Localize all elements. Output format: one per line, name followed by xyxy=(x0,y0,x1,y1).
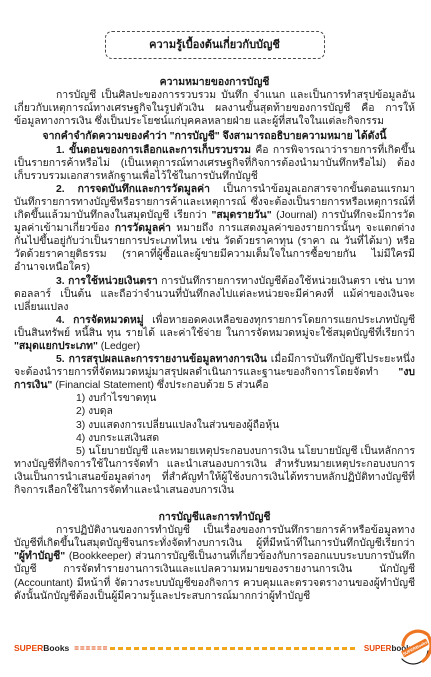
definition-item-3: 3. การใช้หน่วยเงินตรา การบันทึกรายการทาง… xyxy=(14,275,415,314)
section-heading-accounting-vs-bookkeeping: การบัญชีและการทำบัญชี xyxy=(14,511,415,524)
footer-red-dashes: ====== xyxy=(74,642,108,655)
intro-paragraph: การบัญชี เป็นศิลปะของการรวบรวม บันทึก จำ… xyxy=(14,89,415,128)
footer-dashed-line xyxy=(110,647,358,650)
accounting-vs-bookkeeping-paragraph: การปฏิบัติงานของการทำบัญชี เป็นเรื่องของ… xyxy=(14,524,415,603)
definition-item-2: 2. การจดบันทึกและการวัดมูลค่า เป็นการนำข… xyxy=(14,183,415,275)
section-subheading-definition: จากคำจำกัดความของคำว่า "การบัญชี" จึงสาม… xyxy=(14,130,415,143)
footer-brand-left: SUPERBooks xyxy=(14,642,69,655)
definition-item-4: 4. การจัดหมวดหมู่ เพื่อหายอดคงเหลือของทุ… xyxy=(14,314,415,353)
financial-statement-part-5-note: 5) นโยบายบัญชี และหมายเหตุประกอบงบการเงิ… xyxy=(14,445,415,497)
financial-statement-part-2: 2) งบดุล xyxy=(14,405,415,418)
footer-brand-left-super: SUPER xyxy=(14,643,43,653)
footer-brand-right-super: SUPER xyxy=(364,644,392,653)
definition-item-5: 5. การสรุปผลและการรายงานข้อมูลทางการเงิน… xyxy=(14,353,415,392)
financial-statement-part-4: 4) งบกระแสเงินสด xyxy=(14,432,415,445)
document-page: ความรู้เบื้องต้นเกี่ยวกับบัญชี ความหมายข… xyxy=(0,0,431,677)
logo-banner-text: SUPERBooks xyxy=(402,639,429,657)
superbooks-logo-icon: SUPERBooks xyxy=(395,629,431,669)
page-title: ความรู้เบื้องต้นเกี่ยวกับบัญชี xyxy=(149,39,280,51)
section-heading-meaning: ความหมายของการบัญชี xyxy=(14,76,415,89)
page-footer: SUPERBooks ====== SUPERbooks xyxy=(14,642,415,655)
definition-item-1: 1. ขั้นตอนของการเลือกและการเก็บรวบรวม คื… xyxy=(14,144,415,183)
footer-brand-left-books: Books xyxy=(43,643,69,653)
financial-statement-part-1: 1) งบกำไรขาดทุน xyxy=(14,392,415,405)
page-title-box: ความรู้เบื้องต้นเกี่ยวกับบัญชี xyxy=(105,31,325,59)
financial-statement-part-3: 3) งบแสดงการเปลี่ยนแปลงในส่วนของผู้ถือหุ… xyxy=(14,419,415,432)
